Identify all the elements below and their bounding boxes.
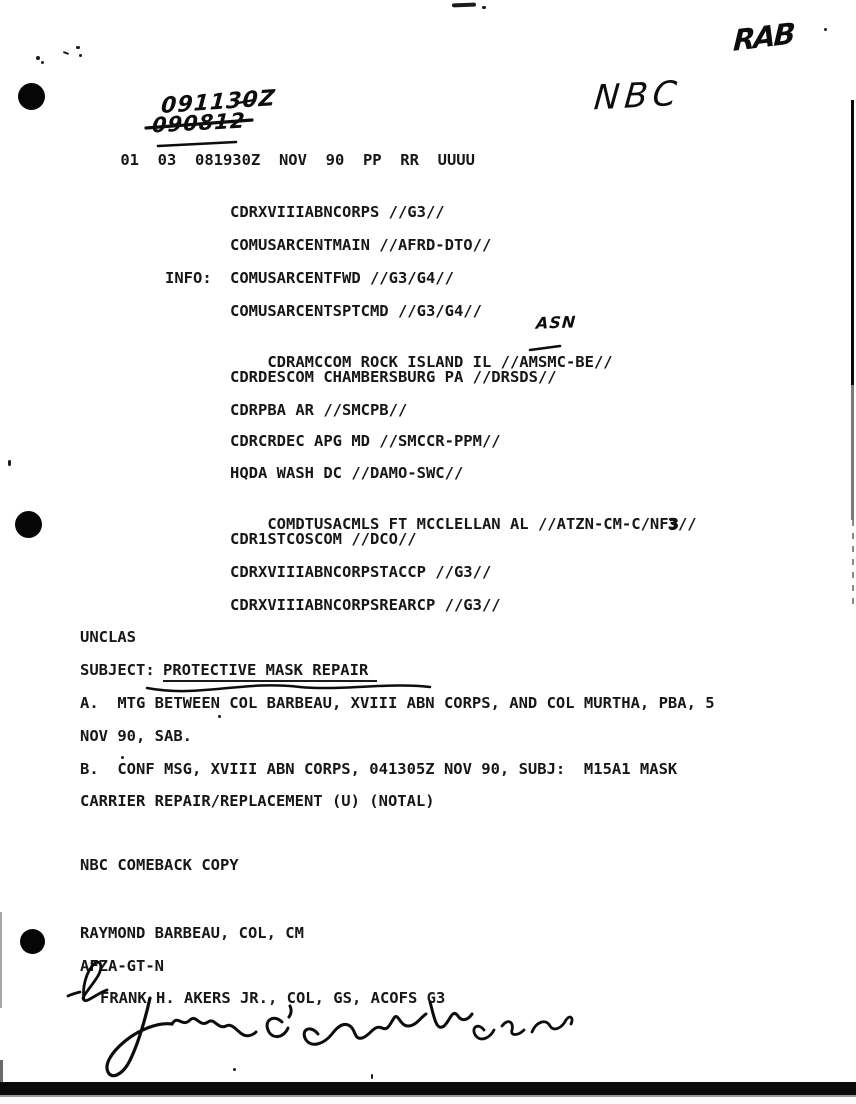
handwritten-asn-correction: ASN	[535, 312, 577, 332]
handwritten-initials: RAB	[732, 16, 794, 58]
scan-speck	[41, 61, 44, 64]
signature-scribble	[107, 998, 172, 1076]
right-edge-scan-line-faint	[851, 385, 854, 520]
scan-speck	[76, 46, 80, 49]
addressee-line: CDRDESCOM CHAMBERSBURG PA //DRSDS//	[230, 368, 557, 386]
scan-speck	[218, 715, 221, 718]
scan-speck	[824, 28, 827, 31]
scan-speck	[36, 56, 40, 60]
left-edge-scan-line	[0, 912, 2, 1008]
scanned-document-page: 01 03 081930Z NOV 90 PP RR UUUU CDRXVIII…	[0, 0, 856, 1104]
signature-scribble	[267, 1006, 291, 1037]
releaser-line: FRANK H. AKERS JR., COL, GS, ACOFS G3	[100, 989, 445, 1007]
bottom-scan-bar-fringe	[0, 1095, 856, 1097]
signature-scribble	[304, 1014, 426, 1044]
signature-scribble	[172, 1018, 256, 1035]
comeback-copy-note: NBC COMEBACK COPY	[80, 856, 239, 874]
handwritten-interim-dtg: 090812	[151, 108, 246, 137]
scan-speck	[452, 3, 476, 8]
addressee-line: CDRXVIIIABNCORPSREARCP //G3//	[230, 596, 501, 614]
subject-label: SUBJECT:	[80, 661, 155, 679]
signature-scribble	[474, 1017, 572, 1039]
hole-punch-dot	[18, 83, 45, 110]
header-suffix: NOV 90 PP RR UUUU	[260, 151, 475, 169]
subject-text: PROTECTIVE MASK REPAIR	[163, 661, 377, 679]
right-edge-scan-line	[851, 100, 854, 385]
cmls-suffix: //	[678, 515, 697, 533]
office-symbol-line: AFZA-GT-N	[80, 957, 164, 975]
addressee-line: COMUSARCENTFWD //G3/G4//	[230, 269, 454, 287]
reference-a-line2: NOV 90, SAB.	[80, 727, 192, 745]
amsmc-struck-code: BE	[575, 353, 594, 371]
addressee-line: COMUSARCENTMAIN //AFRD-DTO//	[230, 236, 491, 254]
reference-a-line1: A. MTG BETWEEN COL BARBEAU, XVIII ABN CO…	[80, 694, 715, 712]
addressee-line: HQDA WASH DC //DAMO-SWC//	[230, 464, 463, 482]
handwritten-nbc-label: NBC	[592, 74, 683, 119]
scan-speck	[121, 756, 124, 759]
scan-speck	[233, 1068, 236, 1071]
bottom-scan-bar	[0, 1082, 856, 1095]
hole-punch-dot	[20, 929, 45, 954]
scan-speck	[79, 54, 82, 57]
classification-line: UNCLAS	[80, 628, 136, 646]
info-label: INFO:	[165, 269, 212, 287]
addressee-line: CDRPBA AR //SMCPB//	[230, 401, 407, 419]
right-edge-scan-line-dashed	[852, 520, 854, 606]
reference-b-line1: B. CONF MSG, XVIII ABN CORPS, 041305Z NO…	[80, 760, 677, 778]
originator-line: RAYMOND BARBEAU, COL, CM	[80, 924, 304, 942]
scan-speck	[63, 51, 69, 55]
addressee-line: CDRCRDEC APG MD //SMCCR-PPM//	[230, 432, 501, 450]
reference-b-line2: CARRIER REPAIR/REPLACEMENT (U) (NOTAL)	[80, 792, 435, 810]
addressee-line: CDRXVIIIABNCORPSTACCP //G3//	[230, 563, 491, 581]
subject-underline-scribble	[147, 685, 430, 691]
addressee-line: CDRXVIIIABNCORPS //G3//	[230, 203, 445, 221]
header-routing-line: 01 03 081930Z NOV 90 PP RR UUUU	[83, 133, 475, 187]
left-edge-scan-notch	[0, 1060, 3, 1082]
addressee-line: CDR1STCOSCOM //DCO//	[230, 530, 417, 548]
addressee-line: COMUSARCENTSPTCMD //G3/G4//	[230, 302, 482, 320]
header-dtg-struck: 081930Z	[195, 151, 260, 169]
cmls-overstruck-char: 3	[669, 515, 678, 533]
subject-underlined-text: PROTECTIVE MASK REPAIR	[163, 661, 377, 682]
hole-punch-dot	[15, 511, 42, 538]
scan-speck	[482, 6, 486, 9]
amsmc-suffix: //	[594, 353, 613, 371]
scan-speck	[371, 1074, 373, 1079]
scan-speck	[8, 460, 11, 466]
header-prefix: 01 03	[120, 151, 195, 169]
